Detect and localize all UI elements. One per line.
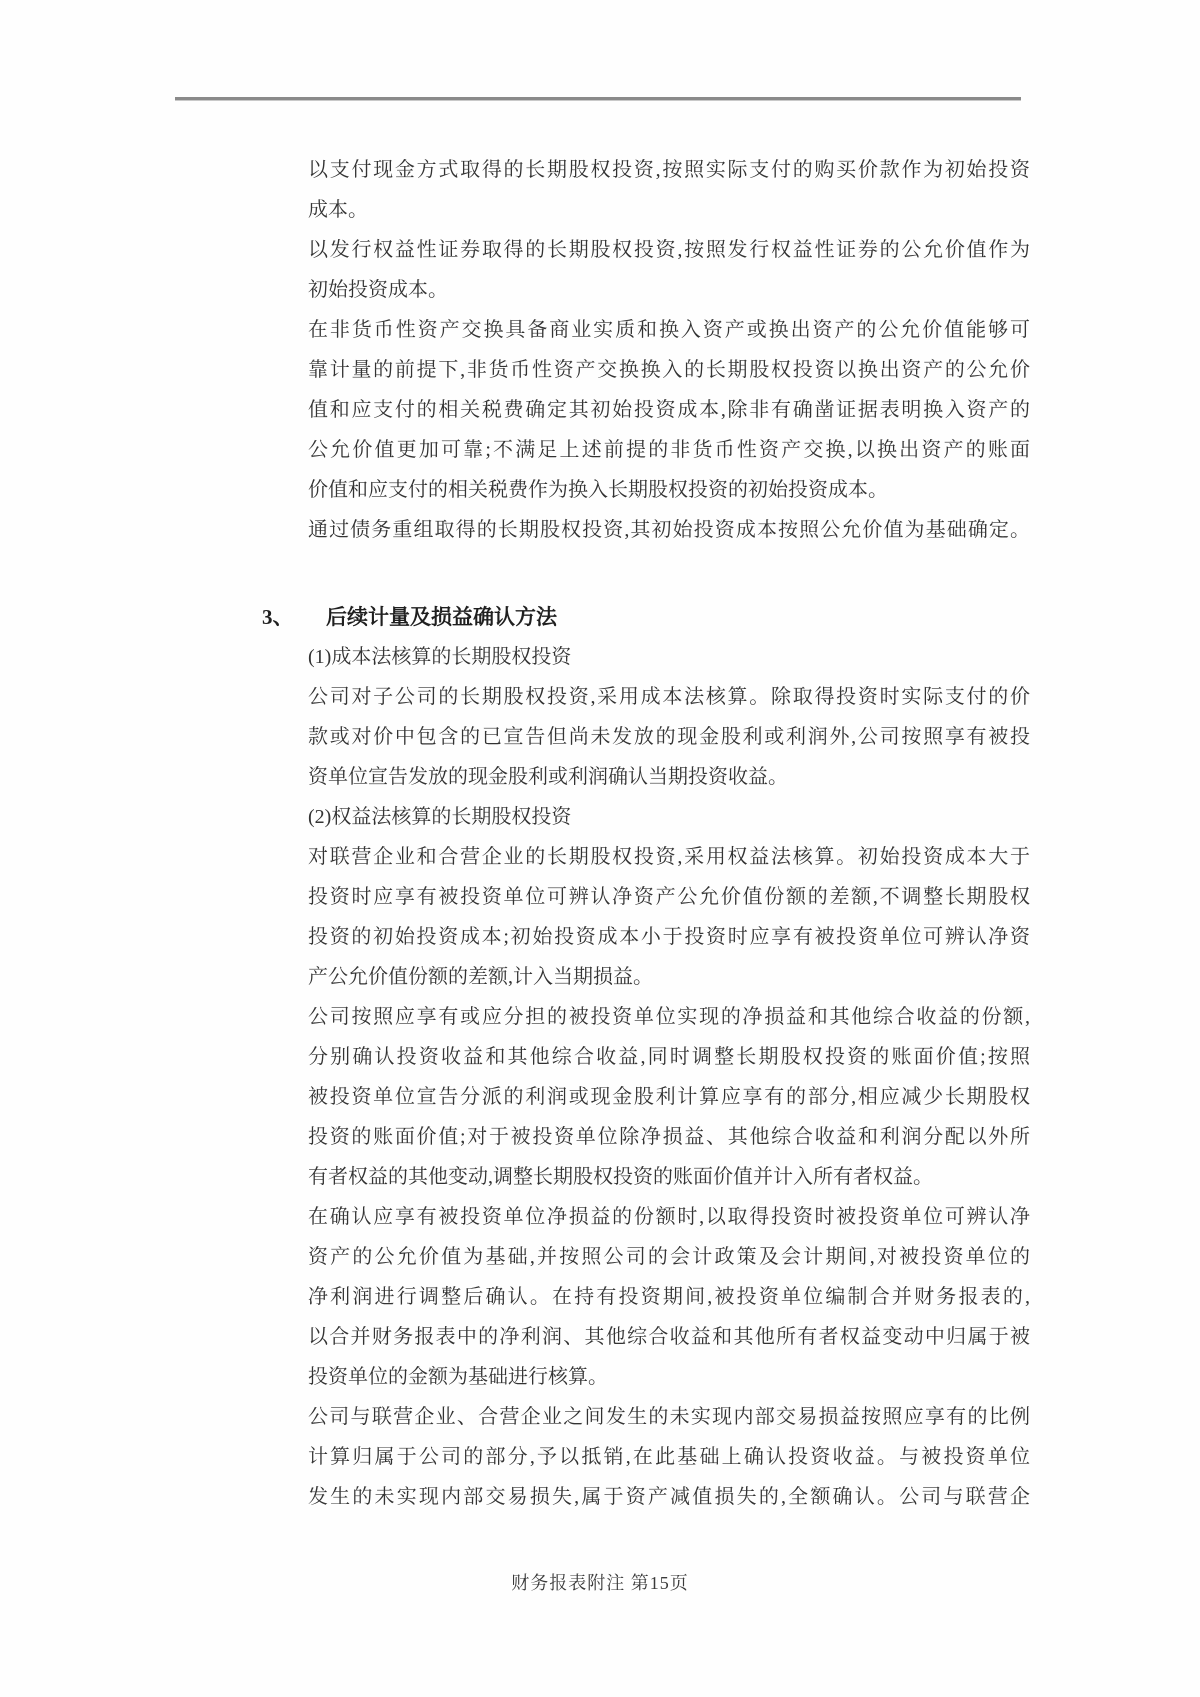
text-line: 通过债务重组取得的长期股权投资,其初始投资成本按照公允价值为基础确定。 [308,510,1030,550]
text-line: 公司与联营企业、合营企业之间发生的未实现内部交易损益按照应享有的比例 [308,1397,1030,1437]
page-footer: 财务报表附注 第15页 [0,1570,1200,1596]
text-line: 成本。 [308,190,1030,230]
section-title: 后续计量及损益确认方法 [326,605,557,629]
document-page: 以支付现金方式取得的长期股权投资,按照实际支付的购买价款作为初始投资成本。以发行… [0,0,1200,1697]
text-line: 初始投资成本。 [308,270,1030,310]
text-line: 公司按照应享有或应分担的被投资单位实现的净损益和其他综合收益的份额, [308,997,1030,1037]
text-line: 款或对价中包含的已宣告但尚未发放的现金股利或利润外,公司按照享有被投 [308,717,1030,757]
text-line: 公允价值更加可靠;不满足上述前提的非货币性资产交换,以换出资产的账面 [308,430,1030,470]
text-line: 靠计量的前提下,非货币性资产交换换入的长期股权投资以换出资产的公允价 [308,350,1030,390]
text-line: 计算归属于公司的部分,予以抵销,在此基础上确认投资收益。与被投资单位 [308,1437,1030,1477]
text-line: 被投资单位宣告分派的利润或现金股利计算应享有的部分,相应减少长期股权 [308,1077,1030,1117]
text-line: 价值和应支付的相关税费作为换入长期股权投资的初始投资成本。 [308,470,1030,510]
subsection-heading: (2)权益法核算的长期股权投资 [308,797,1030,837]
text-line: 以合并财务报表中的净利润、其他综合收益和其他所有者权益变动中归属于被 [308,1317,1030,1357]
section-number: 3、 [262,597,294,637]
section-heading: 3、后续计量及损益确认方法 [308,597,1030,637]
text-line: 发生的未实现内部交易损失,属于资产减值损失的,全额确认。公司与联营企 [308,1477,1030,1517]
text-line: 净利润进行调整后确认。在持有投资期间,被投资单位编制合并财务报表的, [308,1277,1030,1317]
text-line: 资单位宣告发放的现金股利或利润确认当期投资收益。 [308,757,1030,797]
text-line: 投资时应享有被投资单位可辨认净资产公允价值份额的差额,不调整长期股权 [308,877,1030,917]
text-line: 公司对子公司的长期股权投资,采用成本法核算。除取得投资时实际支付的价 [308,677,1030,717]
text-line: 在确认应享有被投资单位净损益的份额时,以取得投资时被投资单位可辨认净 [308,1197,1030,1237]
text-line: 资产的公允价值为基础,并按照公司的会计政策及会计期间,对被投资单位的 [308,1237,1030,1277]
text-line: 投资的账面价值;对于被投资单位除净损益、其他综合收益和利润分配以外所 [308,1117,1030,1157]
text-line: 在非货币性资产交换具备商业实质和换入资产或换出资产的公允价值能够可 [308,310,1030,350]
text-line: 以支付现金方式取得的长期股权投资,按照实际支付的购买价款作为初始投资 [308,150,1030,190]
header-rule [175,97,1021,101]
text-line: 投资的初始投资成本;初始投资成本小于投资时应享有被投资单位可辨认净资 [308,917,1030,957]
footer-text: 财务报表附注 第15页 [511,1573,689,1593]
text-line: 值和应支付的相关税费确定其初始投资成本,除非有确凿证据表明换入资产的 [308,390,1030,430]
text-line: 投资单位的金额为基础进行核算。 [308,1357,1030,1397]
text-line: 以发行权益性证券取得的长期股权投资,按照发行权益性证券的公允价值作为 [308,230,1030,270]
text-line: 分别确认投资收益和其他综合收益,同时调整长期股权投资的账面价值;按照 [308,1037,1030,1077]
document-body: 以支付现金方式取得的长期股权投资,按照实际支付的购买价款作为初始投资成本。以发行… [308,150,1030,1517]
text-line: 有者权益的其他变动,调整长期股权投资的账面价值并计入所有者权益。 [308,1157,1030,1197]
text-line: 对联营企业和合营企业的长期股权投资,采用权益法核算。初始投资成本大于 [308,837,1030,877]
subsection-heading: (1)成本法核算的长期股权投资 [308,637,1030,677]
text-line: 产公允价值份额的差额,计入当期损益。 [308,957,1030,997]
